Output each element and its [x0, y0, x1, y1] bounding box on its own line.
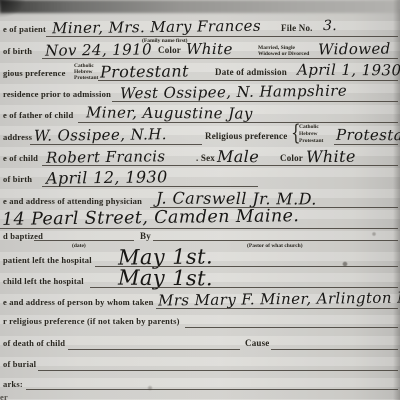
form-rule: [112, 101, 398, 102]
form-rule: [26, 389, 398, 390]
form-rule: [30, 144, 202, 145]
form-rule: [334, 144, 398, 145]
file-no-label: File No.: [281, 24, 313, 34]
baptized-by-label: By: [140, 232, 151, 242]
file-no-value: 3.: [323, 18, 337, 34]
mother-religion-value: Protestant: [100, 61, 189, 81]
patient-name-value: Miner, Mrs. Mary Frances: [52, 17, 261, 38]
child-birthdate-label: of birth: [3, 175, 32, 184]
baptized-date-hint: (date): [72, 243, 86, 249]
hospital-record-form: e of patient Miner, Mrs. Mary Frances Fi…: [0, 0, 400, 400]
residence-label: residence prior to admission: [3, 90, 111, 99]
taken-by-label: e and address of person by whom taken: [3, 298, 154, 307]
mother-birthdate-label: of birth: [3, 47, 32, 56]
scan-edge-shadow: [393, 0, 400, 400]
child-color-label: Color: [280, 154, 303, 164]
patient-left-label: patient left the hospital: [3, 256, 92, 265]
father-name-value: Miner, Augustine Jay: [86, 103, 253, 122]
religion-option-hebrew: Hebrew: [299, 131, 318, 137]
cutoff-text-fragment: er: [0, 393, 8, 400]
father-religion-label: Religious preference: [205, 132, 287, 142]
form-rule: [42, 58, 398, 59]
death-label: of death of child: [3, 339, 65, 348]
father-address-label: address: [3, 133, 32, 142]
religion-option-protestant: Protestant: [299, 138, 323, 144]
father-religion-value: Protestant: [336, 126, 400, 145]
form-rule: [0, 228, 398, 229]
remarks-label: arks:: [3, 380, 23, 389]
form-rule: [34, 240, 134, 241]
marital-status-label-2: Widowed or Divorced: [258, 51, 309, 57]
child-sex-label: . Sex: [196, 154, 215, 164]
patient-name-label: e of patient: [3, 25, 46, 34]
scan-corner-smudge: [0, 0, 26, 18]
father-address-value: W. Ossipee, N.H.: [34, 125, 167, 145]
child-sex-value: Male: [217, 147, 259, 166]
residence-value: West Ossipee, N. Hampshire: [120, 82, 347, 103]
religion-option-catholic: Catholic: [299, 124, 319, 130]
mother-color-label: Color: [158, 46, 181, 56]
form-rule: [46, 36, 398, 37]
form-rule: [38, 370, 398, 371]
religion-choice-label: r religious preference (if not taken by …: [3, 317, 180, 326]
marital-status-value: Widowed: [318, 40, 391, 59]
admission-date-label: Date of admission: [215, 68, 287, 78]
scan-edge-band: [0, 0, 400, 13]
mother-birthdate-value: Nov 24, 1910: [45, 40, 152, 59]
form-rule: [271, 349, 398, 350]
father-name-label: e of father of child: [3, 111, 73, 120]
form-rule: [90, 287, 398, 288]
baptized-pastor-hint: (Pastor of what church): [247, 243, 303, 249]
child-name-value: Robert Francis: [46, 147, 166, 166]
taken-by-value: Mrs Mary F. Miner, Arlington M: [158, 288, 400, 309]
mother-color-value: White: [186, 40, 233, 58]
mother-religion-label: gious preference: [3, 69, 66, 78]
physician-label: e and address of attending physician: [3, 197, 142, 206]
child-birthdate-value: April 12, 1930: [46, 167, 168, 187]
child-color-value: White: [306, 147, 356, 167]
religion-option-protestant: Protestant: [74, 75, 98, 81]
form-rule: [42, 186, 258, 187]
child-name-label: e of child: [3, 154, 38, 163]
form-rule: [78, 122, 398, 123]
burial-label: of burial: [3, 360, 36, 369]
physician-address-value: 14 Pearl Street, Camden Maine.: [2, 206, 300, 230]
form-rule: [156, 308, 398, 309]
form-rule: [68, 349, 240, 350]
form-rule: [98, 80, 398, 81]
form-rule: [185, 327, 398, 328]
death-cause-label: Cause: [245, 339, 270, 349]
form-rule: [42, 165, 398, 166]
admission-date-value: April 1, 1930.: [297, 61, 400, 80]
child-left-label: child left the hospital: [3, 277, 84, 286]
form-rule: [153, 240, 398, 241]
